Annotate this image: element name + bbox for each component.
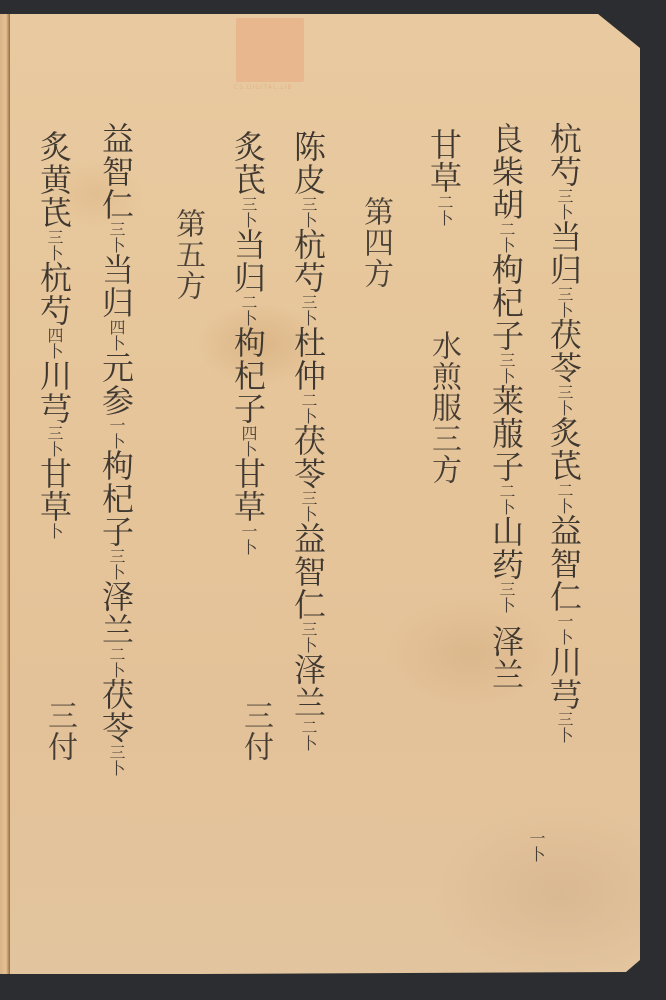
herb-dose: 三卜	[239, 196, 258, 228]
herb-dose: 四卜	[239, 425, 258, 457]
dosage-count-note: 三付	[44, 700, 74, 762]
prescription-heading-5: 第五方	[172, 208, 202, 301]
herb-name: 炙芪	[548, 416, 580, 482]
prescription-heading-4: 第四方	[360, 196, 390, 289]
heading-text: 第五方	[170, 208, 205, 301]
prescription-column-8: 益智仁三卜当归四卜元参一卜枸杞子三卜泽兰二卜茯苓三卜	[100, 122, 132, 776]
herb-name: 杜仲	[292, 326, 324, 392]
herb-dose: 三卜	[45, 229, 64, 261]
herb-dose: 三卜	[107, 548, 126, 580]
herb-dose: 四卜	[107, 319, 126, 351]
prescription-column-3: 甘草二卜	[428, 128, 460, 226]
herb-dose: 三卜	[107, 744, 126, 776]
herb-name: 炙芪	[232, 130, 264, 196]
herb-dose: 二卜	[107, 646, 126, 678]
herb-dose: 二卜	[497, 221, 516, 253]
herb-name: 泽兰	[292, 653, 324, 719]
instruction-text: 水煎服三方	[426, 330, 461, 485]
herb-name: 泽兰	[100, 580, 132, 646]
herb-name: 泽兰	[490, 625, 522, 691]
herb-dose: 二卜	[497, 483, 516, 515]
herb-name: 当归	[548, 220, 580, 286]
prescription-column-5: 陈皮三卜杭芍三卜杜仲二卜茯苓三卜益智仁三卜泽兰二卜	[292, 130, 324, 751]
herb-name: 益智仁	[100, 122, 132, 221]
herb-name: 杭芍	[38, 261, 70, 327]
herb-name: 莱菔子	[490, 384, 522, 483]
herb-name: 川芎	[548, 645, 580, 711]
herb-dose: 一卜	[107, 417, 126, 449]
herb-name: 炙黄芪	[38, 130, 70, 229]
page-binding-edge	[0, 14, 10, 974]
herb-dose: 二卜	[555, 482, 574, 514]
herb-dose: 三卜	[497, 352, 516, 384]
herb-name: 山药	[490, 515, 522, 581]
herb-dose: 二卜	[239, 294, 258, 326]
herb-dose: 二卜	[299, 719, 318, 751]
prescription-column-6: 炙芪三卜当归二卜枸杞子四卜甘草一卜	[232, 130, 264, 555]
herb-name: 甘草	[428, 128, 460, 194]
herb-dose: 三卜	[555, 711, 574, 743]
note-text: 三付	[238, 700, 273, 762]
herb-dose: 一卜	[555, 613, 574, 645]
herb-name: 良柴胡	[490, 122, 522, 221]
herb-name: 枸杞子	[490, 253, 522, 352]
herb-name: 当归	[100, 253, 132, 319]
herb-name: 枸杞子	[232, 326, 264, 425]
library-seal-stamp	[236, 18, 304, 82]
herb-dose: 一卜	[527, 830, 546, 862]
prescription-column-9: 炙黄芪三卜杭芍四卜川芎三卜甘草卜	[38, 130, 70, 539]
herb-name: 杭芍	[292, 228, 324, 294]
prescription-column-2-tail: 一卜	[520, 830, 552, 862]
herb-dose: 四卜	[45, 327, 64, 359]
herb-name: 枸杞子	[100, 449, 132, 548]
herb-dose: 三卜	[45, 425, 64, 457]
herb-name: 茯苓	[292, 424, 324, 490]
herb-dose: 三卜	[555, 286, 574, 318]
dosage-count-note: 三付	[240, 700, 270, 762]
herb-name: 甘草	[232, 457, 264, 523]
herb-name: 杭芍	[548, 122, 580, 188]
herb-name: 甘草	[38, 457, 70, 523]
herb-dose: 一卜	[239, 523, 258, 555]
herb-dose: 三卜	[299, 490, 318, 522]
herb-name: 川芎	[38, 359, 70, 425]
prescription-column-1: 杭芍三卜当归三卜茯苓三卜炙芪二卜益智仁一卜川芎三卜	[548, 122, 580, 743]
herb-dose: 二卜	[299, 392, 318, 424]
herb-name: 益智仁	[548, 514, 580, 613]
herb-dose: 三卜	[299, 196, 318, 228]
herb-name: 茯苓	[100, 678, 132, 744]
herb-dose: 三卜	[497, 581, 516, 613]
herb-dose: 三卜	[555, 188, 574, 220]
herb-name: 茯苓	[548, 318, 580, 384]
herb-dose: 二卜	[435, 194, 454, 226]
herb-name: 元参	[100, 351, 132, 417]
herb-name: 陈皮	[292, 130, 324, 196]
herb-dose: 三卜	[299, 621, 318, 653]
herb-dose: 卜	[45, 523, 64, 539]
herb-dose: 三卜	[299, 294, 318, 326]
scanned-manuscript: CS.DIGITAL.LIB 杭芍三卜当归三卜茯苓三卜炙芪二卜益智仁一卜川芎三卜…	[0, 0, 666, 1000]
decoction-instruction: 水煎服三方	[428, 330, 458, 485]
herb-dose: 三卜	[107, 221, 126, 253]
herb-name: 当归	[232, 228, 264, 294]
seal-caption: CS.DIGITAL.LIB	[234, 84, 308, 92]
prescription-column-2: 良柴胡二卜枸杞子三卜莱菔子二卜山药三卜泽兰	[490, 122, 522, 691]
herb-dose: 三卜	[555, 384, 574, 416]
herb-name: 益智仁	[292, 522, 324, 621]
note-text: 三付	[42, 700, 77, 762]
heading-text: 第四方	[358, 196, 393, 289]
